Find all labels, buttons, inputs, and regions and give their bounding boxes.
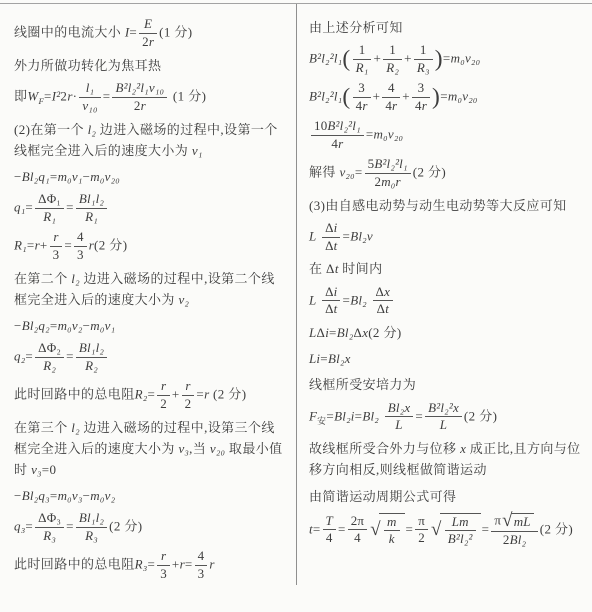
denominator: 2r [112, 98, 167, 114]
denominator: 2 [415, 530, 428, 546]
numerator: 5B²l₂²l₁ [365, 157, 411, 174]
fraction: LmB²l₂² [445, 515, 476, 548]
numerator: 1 [383, 43, 402, 60]
numerator: Δi [322, 285, 340, 302]
denominator: 3 [157, 566, 170, 582]
radicand: mk [379, 513, 405, 548]
solution-line: −Bl₂q₃=m₀v₃−m₀v₂ [14, 485, 286, 506]
solution-line: t=T4=2π4√mk=π2√LmB²l₂²=π√mL2Bl₂(2 分) [309, 512, 586, 549]
solution-line: q₃=ΔΦ₃R₃=Bl₁l₂R₃(2 分) [14, 511, 286, 544]
denominator: 2Bl₂ [491, 532, 537, 548]
denominator: 3 [74, 247, 87, 263]
numerator: 1 [414, 43, 433, 60]
solution-line: L ΔiΔt=Bl₂v [309, 221, 586, 254]
numerator: 3 [353, 81, 371, 98]
numerator: Bl₁l₂ [76, 192, 107, 209]
denominator: R₃ [35, 528, 64, 544]
numerator: B²l₂²l₁v₁₀ [112, 81, 167, 98]
solution-line: 即WF=I²2r·l₁v₁₀=B²l₂²l₁v₁₀2r (1 分) [14, 81, 286, 114]
numerator: 4 [195, 549, 208, 566]
denominator: R₃ [76, 528, 107, 544]
numerator: 1 [353, 43, 372, 60]
fraction: T4 [323, 514, 336, 547]
big-paren: ) [435, 46, 443, 72]
denominator: R₁ [76, 209, 107, 225]
denominator: 4 [323, 530, 336, 546]
solution-line: L ΔiΔt=Bl₂ ΔxΔt [309, 285, 586, 318]
solution-line: 由上述分析可知 [309, 17, 586, 38]
fraction: E2r [139, 17, 157, 50]
denominator: 2 [157, 396, 170, 412]
numerator: ΔΦ₁ [35, 192, 64, 209]
numerator: 2π [348, 514, 367, 531]
denominator: 2 [182, 396, 195, 412]
radical: √mL [502, 512, 534, 531]
numerator: B²l₂²x [425, 401, 462, 418]
fraction: 2π4 [348, 514, 367, 547]
numerator: π√mL [491, 512, 537, 533]
denominator: R₁ [353, 60, 372, 76]
numerator: Bl₁l₂ [76, 341, 107, 358]
fraction: r3 [50, 230, 63, 263]
fraction: Bl₁l₂R₁ [76, 192, 107, 225]
solution-line: (3)由自感电动势与动生电动势等大反应可知 [309, 195, 586, 216]
radical: √LmB²l₂² [431, 513, 481, 548]
fraction: Bl₁l₂R₂ [76, 341, 107, 374]
fraction: l₁v₁₀ [79, 81, 100, 114]
big-paren: ) [432, 84, 440, 110]
column-divider [296, 4, 297, 585]
numerator: T [323, 514, 336, 531]
fraction: B²l₂²xL [425, 401, 462, 434]
denominator: 4 [348, 530, 367, 546]
numerator: 10B²l₂²l₁ [311, 119, 364, 136]
solution-page: 线圈中的电流大小 I=E2r(1 分)外力所做功转化为焦耳热即WF=I²2r·l… [0, 0, 592, 612]
fraction: 34r [353, 81, 371, 114]
numerator: Δx [373, 285, 394, 302]
denominator: k [384, 531, 400, 547]
solution-line: 此时回路中的总电阻R₃=r3+r=43r [14, 549, 286, 582]
solution-line: 10B²l₂²l₁4r=m₀v₂₀ [309, 119, 586, 152]
fraction: Bl₁l₂R₃ [76, 511, 107, 544]
right-column: 由上述分析可知B²l₂²l₁(1R₁+1R₂+1R₃)=m₀v₂₀B²l₂²l₁… [296, 12, 592, 587]
fraction: 34r [412, 81, 430, 114]
denominator: 3 [195, 566, 208, 582]
solution-line: 在 Δt 时间内 [309, 258, 586, 279]
denominator: v₁₀ [79, 98, 100, 114]
fraction: ΔΦ₁R₁ [35, 192, 64, 225]
fraction: 1R₃ [414, 43, 433, 76]
fraction: π2 [415, 514, 428, 547]
solution-line: 线圈中的电流大小 I=E2r(1 分) [14, 17, 286, 50]
solution-line: q₂=ΔΦ₂R₂=Bl₁l₂R₂ [14, 341, 286, 374]
numerator: E [139, 17, 157, 34]
subscript: F [38, 96, 44, 106]
solution-line: 此时回路中的总电阻R₂=r2+r2=r (2 分) [14, 379, 286, 412]
numerator: r [182, 379, 195, 396]
denominator: R₂ [76, 358, 107, 374]
big-paren: ( [342, 46, 350, 72]
numerator: ΔΦ₃ [35, 511, 64, 528]
radicand: LmB²l₂² [440, 513, 481, 548]
numerator: Bl₁l₂ [76, 511, 107, 528]
numerator: 4 [74, 230, 87, 247]
fraction: ΔΦ₃R₃ [35, 511, 64, 544]
solution-line: 在第二个 l₂ 边进入磁场的过程中,设第二个线框完全进入后的速度大小为 v₂ [14, 268, 286, 310]
numerator: Bl₂x [385, 401, 414, 418]
solution-line: −Bl₂q₂=m₀v₂−m₀v₁ [14, 315, 286, 336]
denominator: B²l₂² [445, 531, 476, 547]
numerator: m [384, 515, 400, 532]
radicand: mL [511, 513, 534, 530]
left-column: 线圈中的电流大小 I=E2r(1 分)外力所做功转化为焦耳热即WF=I²2r·l… [0, 12, 296, 587]
denominator: 4r [311, 136, 364, 152]
denominator: Δt [322, 238, 340, 254]
fraction: r2 [157, 379, 170, 412]
denominator: Δt [373, 301, 394, 317]
numerator: r [50, 230, 63, 247]
fraction: r3 [157, 549, 170, 582]
denominator: R₁ [35, 209, 64, 225]
numerator: π [415, 514, 428, 531]
fraction: π√mL2Bl₂ [491, 512, 537, 549]
fraction: 43 [74, 230, 87, 263]
solution-line: B²l₂²l₁(34r+44r+34r)=m₀v₂₀ [309, 81, 586, 114]
solution-line: R₁=r+r3=43r(2 分) [14, 230, 286, 263]
numerator: Δi [322, 221, 340, 238]
solution-line: −Bl₂q₁=m₀v₁−m₀v₂₀ [14, 166, 286, 187]
solution-line: F安=Bl₂i=Bl₂ Bl₂xL=B²l₂²xL(2 分) [309, 401, 586, 434]
solution-line: q₁=ΔΦ₁R₁=Bl₁l₂R₁ [14, 192, 286, 225]
denominator: R₂ [383, 60, 402, 76]
fraction: r2 [182, 379, 195, 412]
numerator: r [157, 379, 170, 396]
solution-line: LΔi=Bl₂Δx(2 分) [309, 322, 586, 343]
fraction: ΔΦ₂R₂ [35, 341, 64, 374]
subscript: 安 [317, 416, 326, 426]
solution-line: 线框所受安培力为 [309, 374, 586, 395]
solution-line: B²l₂²l₁(1R₁+1R₂+1R₃)=m₀v₂₀ [309, 43, 586, 76]
denominator: 2r [139, 34, 157, 50]
solution-line: 外力所做功转化为焦耳热 [14, 55, 286, 76]
denominator: Δt [322, 301, 340, 317]
fraction: ΔxΔt [373, 285, 394, 318]
numerator: l₁ [79, 81, 100, 98]
numerator: 4 [382, 81, 400, 98]
fraction: 1R₂ [383, 43, 402, 76]
solution-line: 故线框所受合外力与位移 x 成正比,且方向与位移方向相反,则线框做简谐运动 [309, 438, 586, 480]
denominator: L [385, 417, 414, 433]
solution-line: 在第三个 l₂ 边进入磁场的过程中,设第三个线框完全进入后的速度大小为 v₃,当… [14, 417, 286, 480]
big-paren: ( [342, 84, 350, 110]
fraction: ΔiΔt [322, 285, 340, 318]
solution-line: Li=Bl₂x [309, 348, 586, 369]
fraction: 43 [195, 549, 208, 582]
fraction: 44r [382, 81, 400, 114]
denominator: 4r [353, 98, 371, 114]
radical: √mk [370, 513, 404, 548]
numerator: r [157, 549, 170, 566]
fraction: 1R₁ [353, 43, 372, 76]
denominator: 4r [412, 98, 430, 114]
denominator: 3 [50, 247, 63, 263]
numerator: 3 [412, 81, 430, 98]
fraction: B²l₂²l₁v₁₀2r [112, 81, 167, 114]
fraction: 5B²l₂²l₁2m₀r [365, 157, 411, 190]
numerator: ΔΦ₂ [35, 341, 64, 358]
solution-line: (2)在第一个 l₂ 边进入磁场的过程中,设第一个线框完全进入后的速度大小为 v… [14, 119, 286, 161]
denominator: 4r [382, 98, 400, 114]
denominator: R₂ [35, 358, 64, 374]
solution-line: 由简谐运动周期公式可得 [309, 486, 586, 507]
denominator: 2m₀r [365, 174, 411, 190]
fraction: mk [384, 515, 400, 548]
denominator: R₃ [414, 60, 433, 76]
fraction: Bl₂xL [385, 401, 414, 434]
denominator: L [425, 417, 462, 433]
fraction: ΔiΔt [322, 221, 340, 254]
solution-line: 解得 v₂₀=5B²l₂²l₁2m₀r(2 分) [309, 157, 586, 190]
fraction: 10B²l₂²l₁4r [311, 119, 364, 152]
numerator: Lm [445, 515, 476, 532]
